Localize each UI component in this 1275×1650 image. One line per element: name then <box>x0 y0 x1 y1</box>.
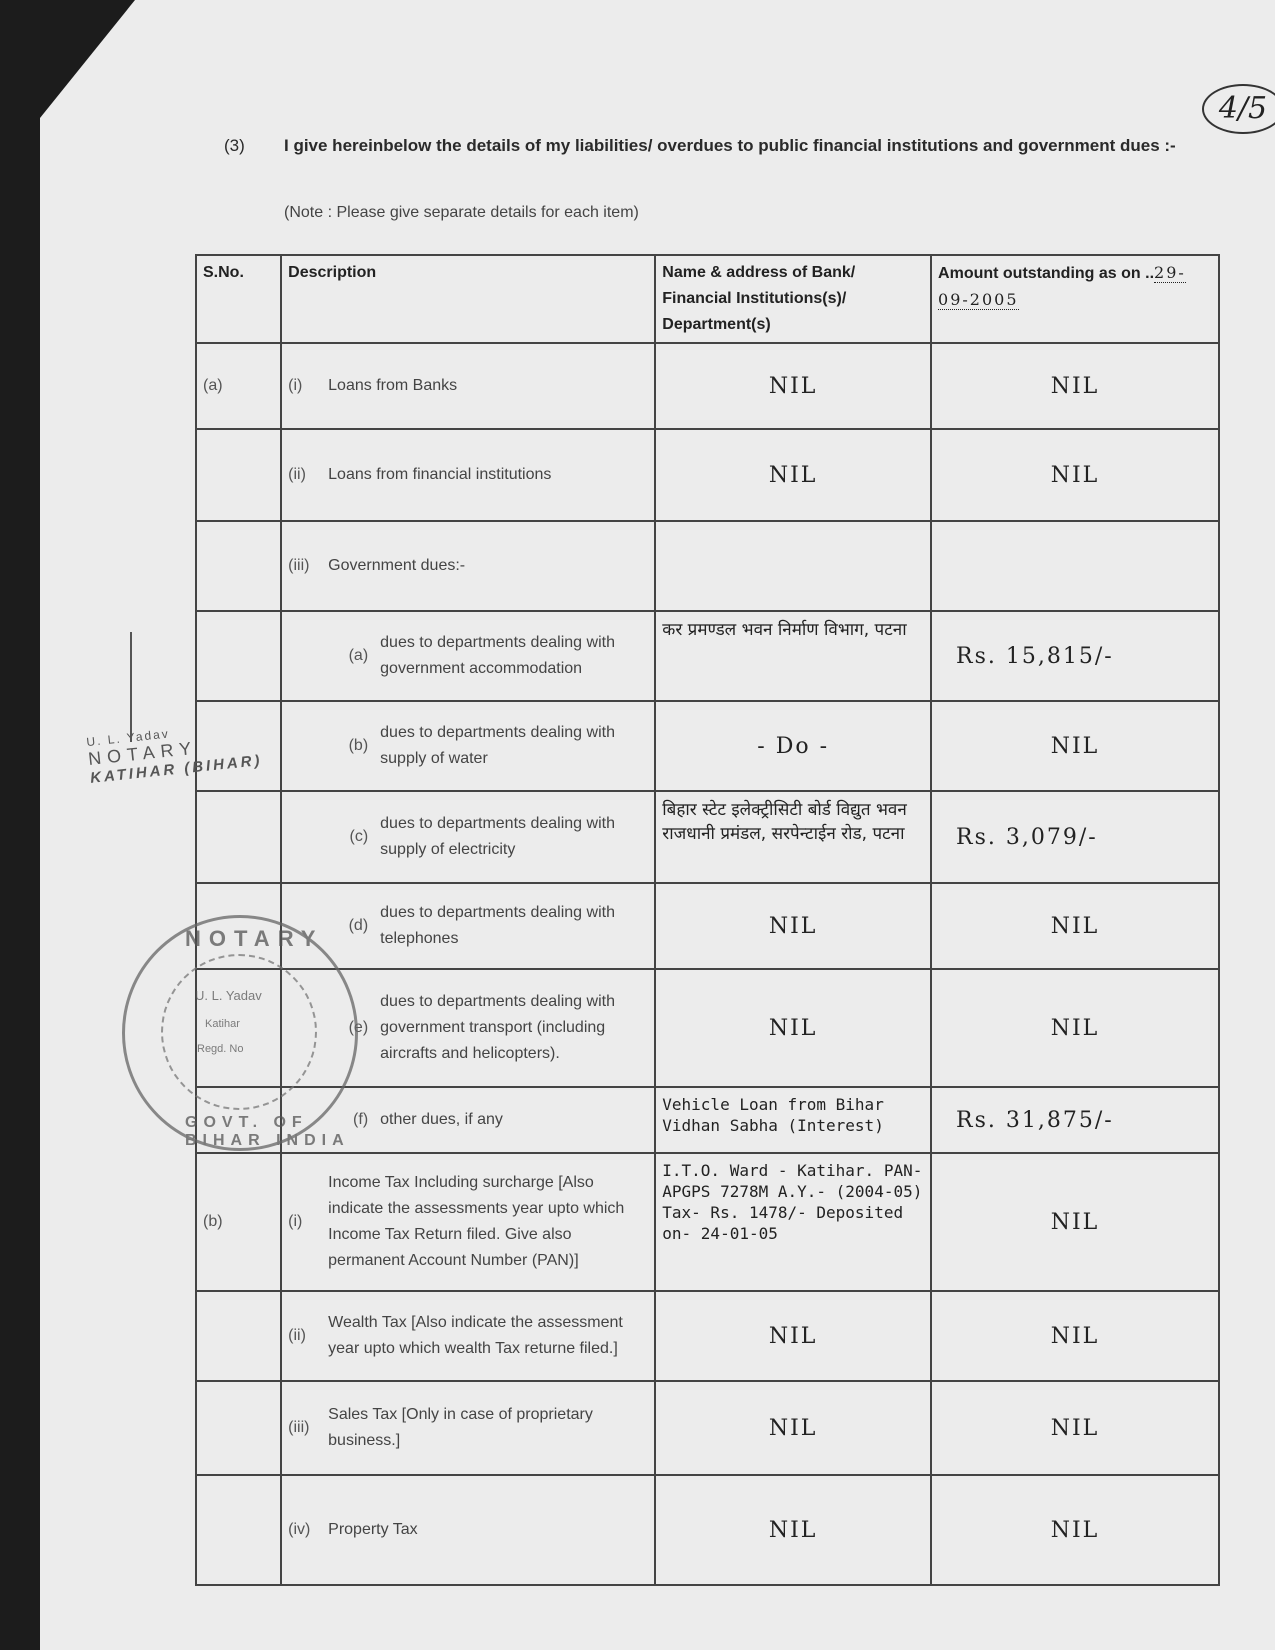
table-row: (iii) Sales Tax [Only in case of proprie… <box>196 1381 1219 1475</box>
roman-numeral: (ii) <box>288 1327 328 1345</box>
cell-bank <box>655 521 931 611</box>
table-row: (d) dues to departments dealing with tel… <box>196 883 1219 969</box>
cell-sno: (a) <box>196 343 281 429</box>
roman-numeral: (i) <box>288 1213 328 1231</box>
document-page: 4/5 (3) I give hereinbelow the details o… <box>40 0 1275 1650</box>
cell-bank: कर प्रमण्डल भवन निर्माण विभाग, पटना <box>655 611 931 701</box>
description-text: Income Tax Including surcharge [Also ind… <box>328 1170 648 1274</box>
header-sno: S.No. <box>196 255 281 343</box>
table-row: (ii) Loans from financial institutions N… <box>196 429 1219 521</box>
description-text: dues to departments dealing with telepho… <box>380 900 648 952</box>
sub-letter: (e) <box>328 1019 380 1037</box>
cell-sno <box>196 969 281 1087</box>
cell-amount: NIL <box>931 883 1219 969</box>
cell-amount: Rs. 31,875/- <box>931 1087 1219 1153</box>
cell-bank: I.T.O. Ward - Katihar. PAN- APGPS 7278M … <box>655 1153 931 1291</box>
table-row: (c) dues to departments dealing with sup… <box>196 791 1219 883</box>
cell-description: (i) Loans from Banks <box>281 343 655 429</box>
table-row: (f) other dues, if any Vehicle Loan from… <box>196 1087 1219 1153</box>
cell-description: (c) dues to departments dealing with sup… <box>281 791 655 883</box>
cell-description: (i) Income Tax Including surcharge [Also… <box>281 1153 655 1291</box>
cell-amount <box>931 521 1219 611</box>
cell-bank: NIL <box>655 1475 931 1585</box>
cell-description: (e) dues to departments dealing with gov… <box>281 969 655 1087</box>
cell-description: (ii) Loans from financial institutions <box>281 429 655 521</box>
cell-amount: NIL <box>931 1475 1219 1585</box>
table-row: (b) (i) Income Tax Including surcharge [… <box>196 1153 1219 1291</box>
description-text: Loans from Banks <box>328 373 457 399</box>
sub-letter: (d) <box>328 917 380 935</box>
cell-amount: NIL <box>931 429 1219 521</box>
description-text: dues to departments dealing with governm… <box>380 630 648 682</box>
header-amount-label: Amount outstanding as on .. <box>938 265 1154 282</box>
roman-numeral: (iii) <box>288 557 328 575</box>
roman-numeral: (ii) <box>288 466 328 484</box>
cell-bank: - Do - <box>655 701 931 791</box>
header-amount: Amount outstanding as on ..29-09-2005 <box>931 255 1219 343</box>
table-row: (iv) Property Tax NILNIL <box>196 1475 1219 1585</box>
cell-sno <box>196 521 281 611</box>
cell-sno <box>196 611 281 701</box>
description-text: Government dues:- <box>328 553 465 579</box>
cell-bank: NIL <box>655 343 931 429</box>
cell-description: (a) dues to departments dealing with gov… <box>281 611 655 701</box>
roman-numeral: (iv) <box>288 1521 328 1539</box>
cell-sno: (b) <box>196 1153 281 1291</box>
cell-description: (b) dues to departments dealing with sup… <box>281 701 655 791</box>
roman-numeral: (iii) <box>288 1419 328 1437</box>
page-marker: 4/5 <box>1202 84 1275 134</box>
cell-bank: NIL <box>655 1291 931 1381</box>
description-text: dues to departments dealing with governm… <box>380 989 648 1067</box>
cell-amount: Rs. 15,815/- <box>931 611 1219 701</box>
cell-bank: NIL <box>655 969 931 1087</box>
table-row: (iii) Government dues:- <box>196 521 1219 611</box>
cell-amount: NIL <box>931 1291 1219 1381</box>
description-text: dues to departments dealing with supply … <box>380 811 648 863</box>
description-text: dues to departments dealing with supply … <box>380 720 648 772</box>
cell-sno <box>196 1475 281 1585</box>
table-row: (b) dues to departments dealing with sup… <box>196 701 1219 791</box>
cell-sno <box>196 791 281 883</box>
cell-amount: Rs. 3,079/- <box>931 791 1219 883</box>
cell-description: (iii) Government dues:- <box>281 521 655 611</box>
cell-amount: NIL <box>931 1381 1219 1475</box>
liabilities-table: S.No. Description Name & address of Bank… <box>195 254 1220 1586</box>
description-text: other dues, if any <box>380 1107 503 1133</box>
cell-sno <box>196 429 281 521</box>
header-description: Description <box>281 255 655 343</box>
cell-sno <box>196 1381 281 1475</box>
cell-amount: NIL <box>931 969 1219 1087</box>
section-text: I give hereinbelow the details of my lia… <box>284 134 1204 158</box>
cell-bank: Vehicle Loan from Bihar Vidhan Sabha (In… <box>655 1087 931 1153</box>
cell-bank: NIL <box>655 1381 931 1475</box>
table-row: (a) dues to departments dealing with gov… <box>196 611 1219 701</box>
header-bank: Name & address of Bank/ Financial Instit… <box>655 255 931 343</box>
sub-letter: (c) <box>328 828 380 846</box>
description-text: Property Tax <box>328 1517 418 1543</box>
roman-numeral: (i) <box>288 377 328 395</box>
sub-letter: (b) <box>328 737 380 755</box>
cell-amount: NIL <box>931 701 1219 791</box>
cell-sno <box>196 1087 281 1153</box>
sub-letter: (f) <box>328 1111 380 1129</box>
cell-bank: NIL <box>655 429 931 521</box>
cell-sno <box>196 1291 281 1381</box>
sno-label: (a) <box>203 377 223 394</box>
cell-bank: बिहार स्टेट इलेक्ट्रीसिटी बोर्ड विद्युत … <box>655 791 931 883</box>
cell-description: (ii) Wealth Tax [Also indicate the asses… <box>281 1291 655 1381</box>
sub-letter: (a) <box>328 647 380 665</box>
cell-bank: NIL <box>655 883 931 969</box>
description-text: Loans from financial institutions <box>328 462 551 488</box>
cell-description: (f) other dues, if any <box>281 1087 655 1153</box>
table-row: (e) dues to departments dealing with gov… <box>196 969 1219 1087</box>
description-text: Wealth Tax [Also indicate the assessment… <box>328 1310 648 1362</box>
section-number: (3) <box>224 134 245 158</box>
section-note: (Note : Please give separate details for… <box>284 204 639 222</box>
cell-description: (iv) Property Tax <box>281 1475 655 1585</box>
cell-sno <box>196 883 281 969</box>
table-header-row: S.No. Description Name & address of Bank… <box>196 255 1219 343</box>
cell-description: (d) dues to departments dealing with tel… <box>281 883 655 969</box>
sno-label: (b) <box>203 1213 223 1230</box>
cell-description: (iii) Sales Tax [Only in case of proprie… <box>281 1381 655 1475</box>
table-row: (a) (i) Loans from Banks NILNIL <box>196 343 1219 429</box>
table-row: (ii) Wealth Tax [Also indicate the asses… <box>196 1291 1219 1381</box>
cell-amount: NIL <box>931 343 1219 429</box>
description-text: Sales Tax [Only in case of proprietary b… <box>328 1402 648 1454</box>
cell-amount: NIL <box>931 1153 1219 1291</box>
